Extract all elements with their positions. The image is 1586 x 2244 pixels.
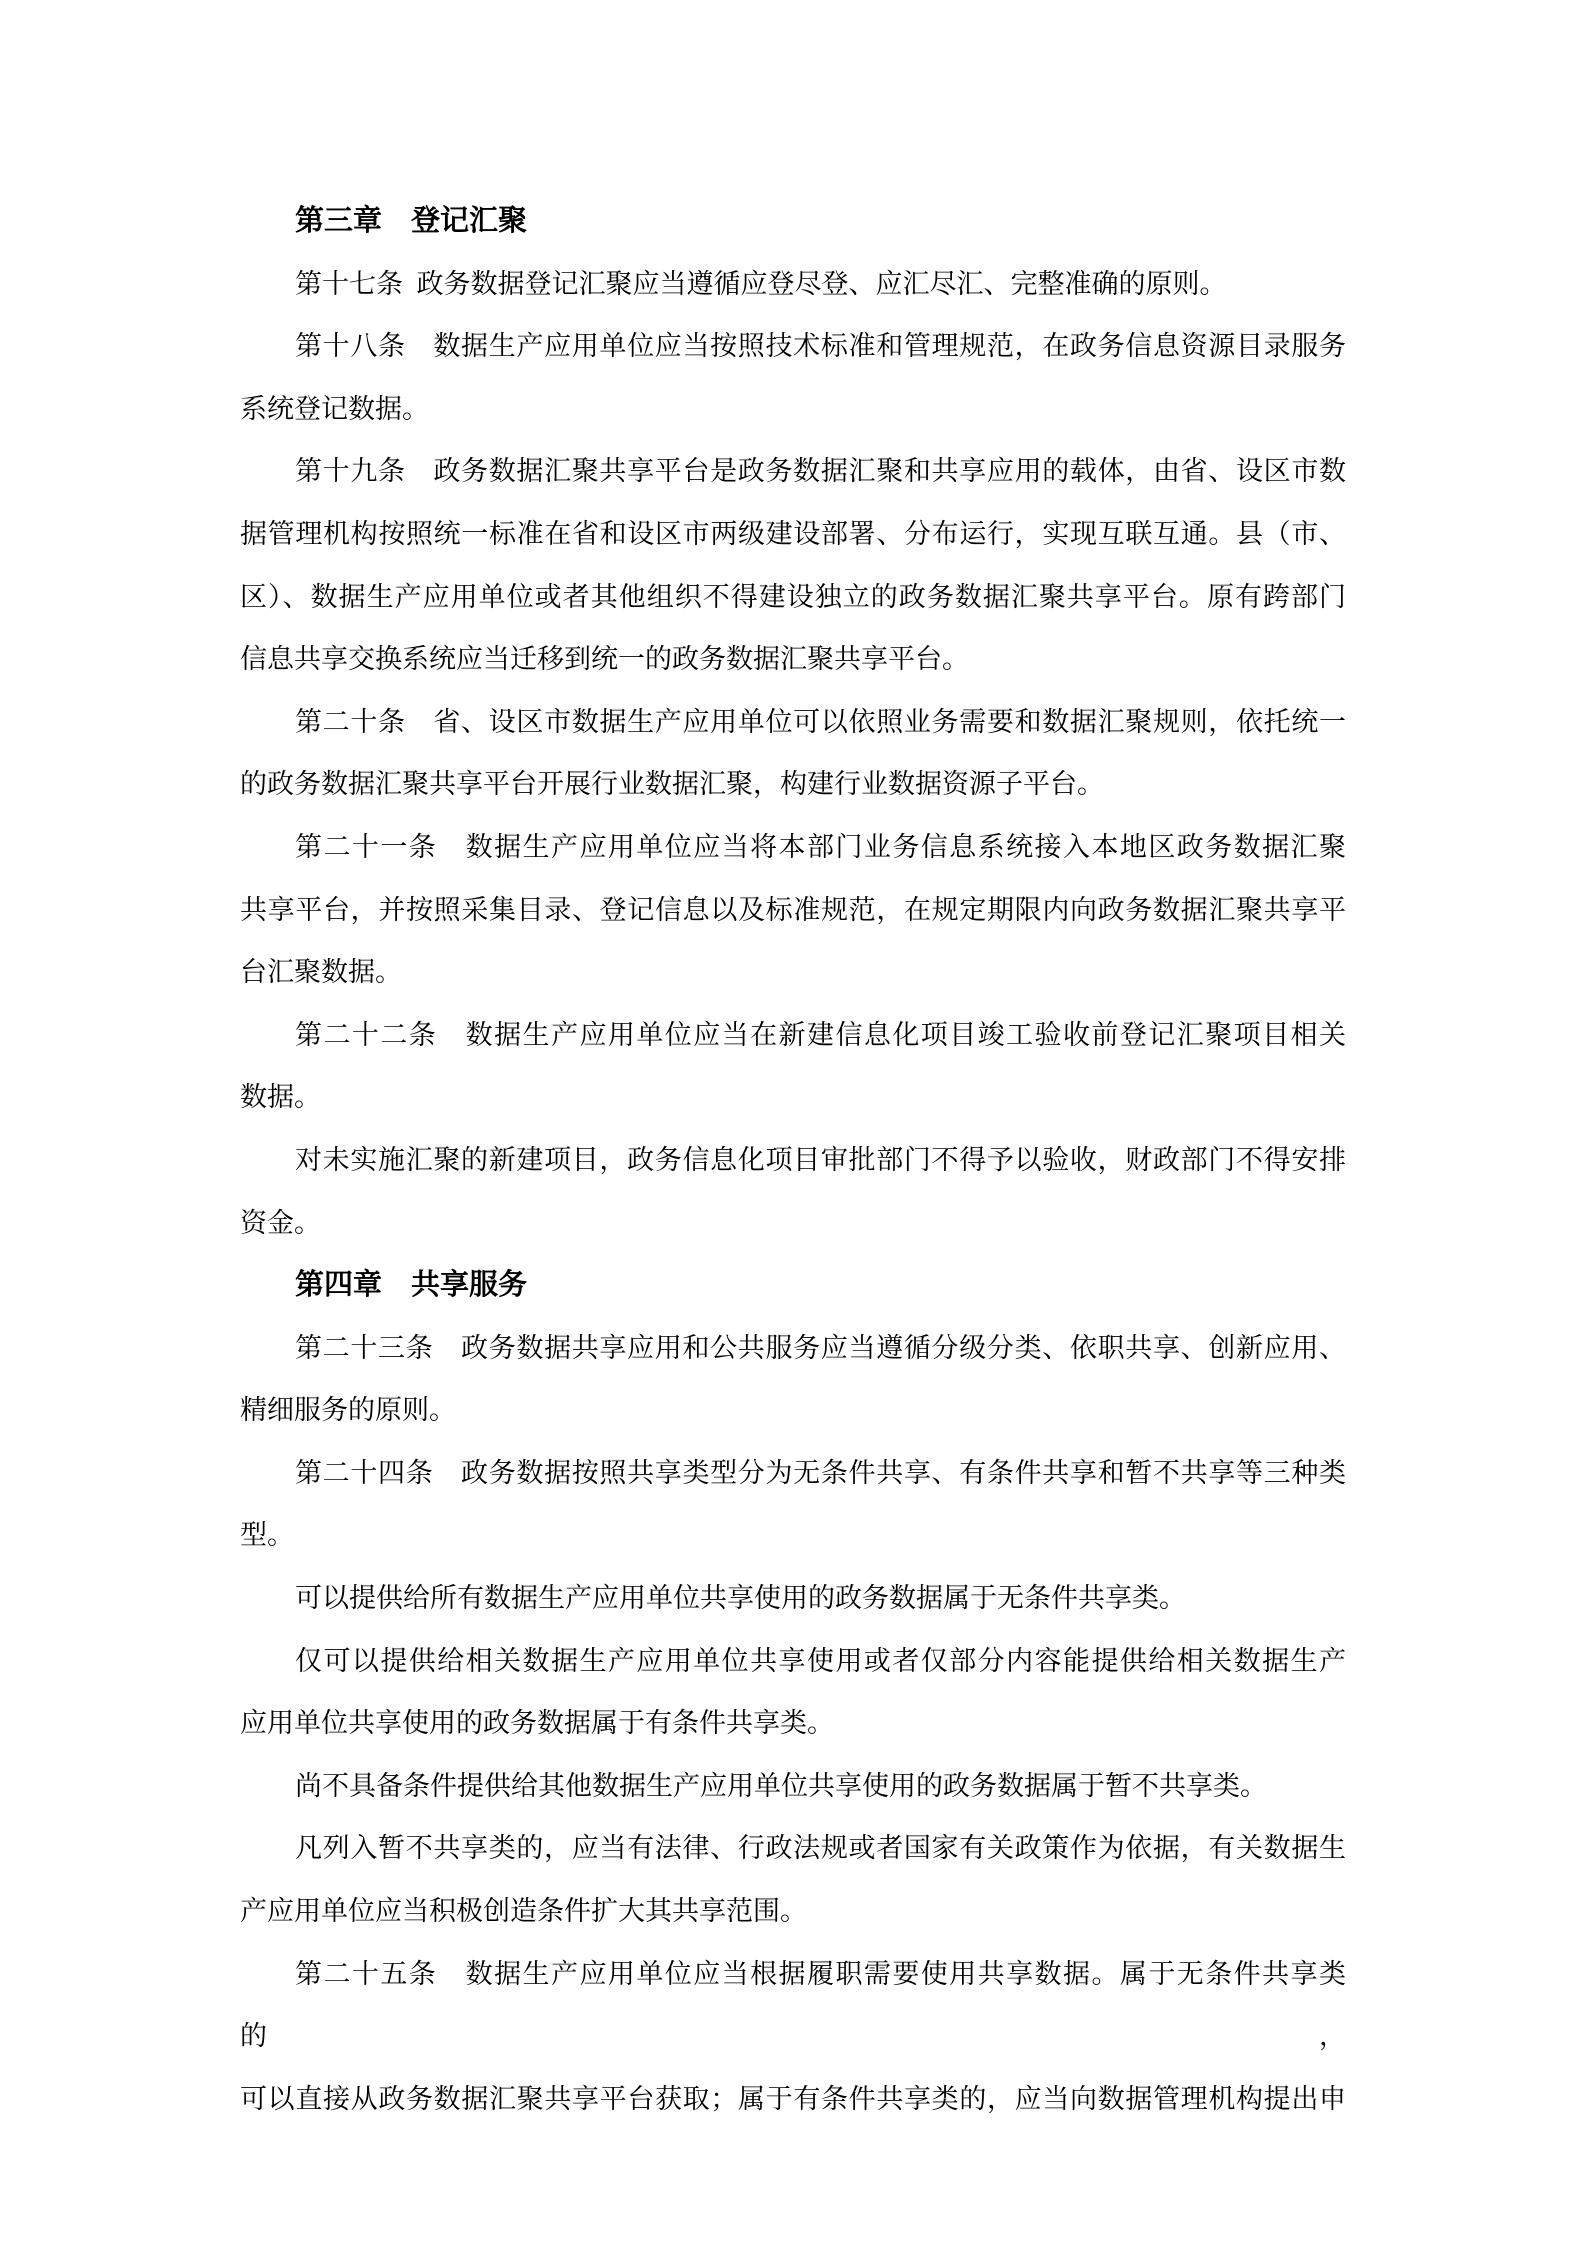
text-line: 可以直接从政务数据汇聚共享平台获取；属于有条件共享类的，应当向数据管理机构提出申 [240,2068,1346,2131]
text-line: 信息共享交换系统应当迁移到统一的政务数据汇聚共享平台。 [240,628,1346,691]
text-line: 数据。 [240,1066,1346,1129]
text-line: 第十九条 政务数据汇聚共享平台是政务数据汇聚和共享应用的载体，由省、设区市数 [240,440,1346,503]
text-line: 共享平台，并按照采集目录、登记信息以及标准规范，在规定期限内向政务数据汇聚共享平 [240,879,1346,942]
text-line: 仅可以提供给相关数据生产应用单位共享使用或者仅部分内容能提供给相关数据生产 [240,1630,1346,1693]
text-line: 应用单位共享使用的政务数据属于有条件共享类。 [240,1692,1346,1755]
text-line: 系统登记数据。 [240,378,1346,441]
text-line: 第二十条 省、设区市数据生产应用单位可以依照业务需要和数据汇聚规则，依托统一 [240,691,1346,754]
text-line: 资金。 [240,1192,1346,1255]
text-line: 第二十一条 数据生产应用单位应当将本部门业务信息系统接入本地区政务数据汇聚 [240,816,1346,879]
text-line: 第二十四条 政务数据按照共享类型分为无条件共享、有条件共享和暂不共享等三种类 [240,1442,1346,1505]
text-line: 可以提供给所有数据生产应用单位共享使用的政务数据属于无条件共享类。 [240,1567,1346,1630]
text-line: 台汇聚数据。 [240,941,1346,1004]
text-line: 的政务数据汇聚共享平台开展行业数据汇聚，构建行业数据资源子平台。 [240,753,1346,816]
text-line: 凡列入暂不共享类的，应当有法律、行政法规或者国家有关政策作为依据，有关数据生 [240,1817,1346,1880]
text-line: 第十七条 政务数据登记汇聚应当遵循应登尽登、应汇尽汇、完整准确的原则。 [240,253,1346,316]
text-line: 尚不具备条件提供给其他数据生产应用单位共享使用的政务数据属于暂不共享类。 [240,1755,1346,1818]
document-page: 第三章 登记汇聚第十七条 政务数据登记汇聚应当遵循应登尽登、应汇尽汇、完整准确的… [0,0,1586,2244]
text-line: 第二十二条 数据生产应用单位应当在新建信息化项目竣工验收前登记汇聚项目相关 [240,1004,1346,1067]
text-line: 产应用单位应当积极创造条件扩大其共享范围。 [240,1880,1346,1943]
chapter-heading: 第三章 登记汇聚 [240,190,1346,253]
text-line: 对未实施汇聚的新建项目，政务信息化项目审批部门不得予以验收，财政部门不得安排 [240,1129,1346,1192]
text-line: 第二十五条 数据生产应用单位应当根据履职需要使用共享数据。属于无条件共享类的， [240,1943,1346,2068]
text-line: 型。 [240,1504,1346,1567]
text-line: 第二十三条 政务数据共享应用和公共服务应当遵循分级分类、依职共享、创新应用、 [240,1317,1346,1380]
text-line: 第十八条 数据生产应用单位应当按照技术标准和管理规范，在政务信息资源目录服务 [240,315,1346,378]
text-line: 区）、数据生产应用单位或者其他组织不得建设独立的政务数据汇聚共享平台。原有跨部门 [240,566,1346,629]
text-line: 据管理机构按照统一标准在省和设区市两级建设部署、分布运行，实现互联互通。县（市、 [240,503,1346,566]
chapter-heading: 第四章 共享服务 [240,1254,1346,1317]
text-line: 精细服务的原则。 [240,1379,1346,1442]
